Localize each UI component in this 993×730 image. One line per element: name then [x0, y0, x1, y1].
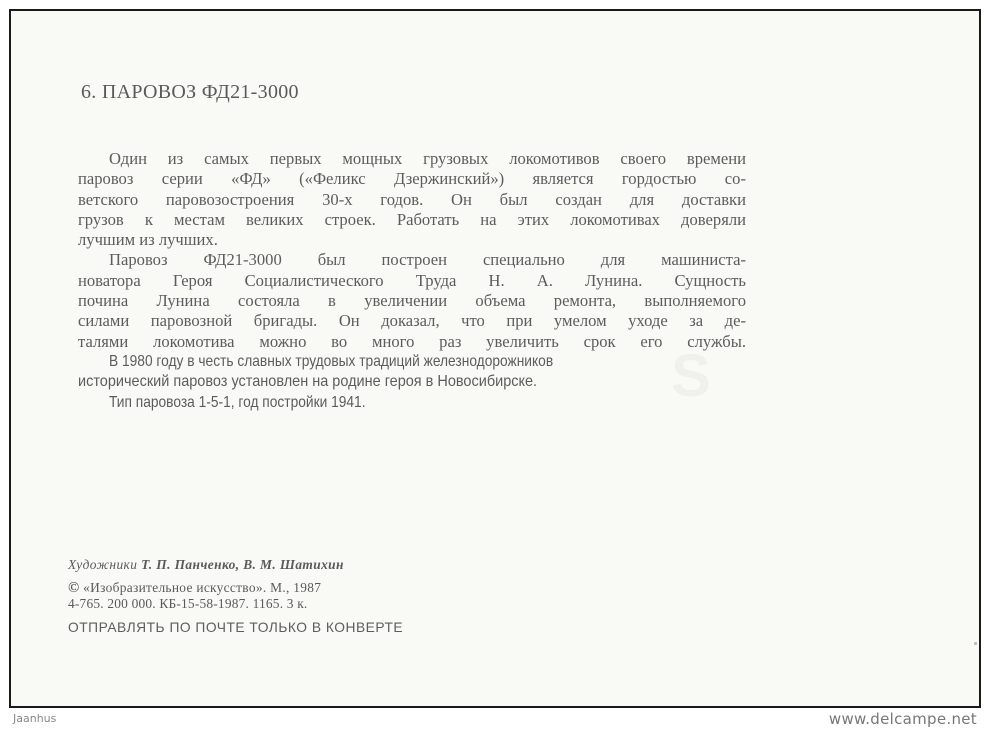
text-line: Один из самых первых мощных грузовых лок…	[78, 149, 746, 169]
publisher: «Изобразительное искусство». М., 1987	[83, 580, 321, 595]
text-line: лучшим из лучших.	[78, 230, 746, 250]
text-line: новатора Героя Социалистического Труда Н…	[78, 271, 746, 291]
description-text: Один из самых первых мощных грузовых лок…	[78, 149, 746, 413]
text-line: исторический паровоз установлен на родин…	[78, 372, 746, 392]
artists-credit: Художники Т. П. Панченко, В. М. Шатихин	[68, 557, 403, 573]
text-line: силами паровозной бригады. Он доказал, ч…	[78, 311, 746, 331]
artists-label: Художники	[68, 557, 137, 572]
print-info: 4-765. 200 000. КБ-15-58-1987. 1165. 3 к…	[68, 596, 403, 611]
artists-names: Т. П. Панченко, В. М. Шатихин	[141, 557, 344, 572]
paragraph-4: Тип паровоза 1-5-1, год постройки 1941.	[78, 393, 746, 413]
paragraph-1: Один из самых первых мощных грузовых лок…	[78, 149, 746, 250]
postcard-title: 6. ПАРОВОЗ ФД21-3000	[81, 81, 299, 104]
text-line: Тип паровоза 1-5-1, год постройки 1941.	[78, 393, 746, 413]
text-line-condensed: исторический паровоз установлен на родин…	[78, 372, 683, 392]
mail-note: ОТПРАВЛЯТЬ ПО ПОЧТЕ ТОЛЬКО В КОНВЕРТЕ	[68, 620, 403, 635]
text-line-condensed: В 1980 году в честь славных трудовых тра…	[109, 352, 657, 372]
paragraph-2: Паровоз ФД21-3000 был построен специальн…	[78, 250, 746, 351]
text-line: грузов к местам великих строек. Работать…	[78, 210, 746, 230]
text-line: талями локомотива можно во много раз уве…	[78, 332, 746, 352]
uploader-credit: Jaanhus	[13, 712, 56, 725]
paper-speck	[974, 642, 977, 645]
paragraph-3: В 1980 году в честь славных трудовых тра…	[78, 352, 746, 393]
postcard-footer: Художники Т. П. Панченко, В. М. Шатихин …	[68, 557, 403, 635]
text-line: ветского паровозостроения 30-х годов. Он…	[78, 190, 746, 210]
copyright-icon: ©	[68, 580, 80, 596]
text-line: Паровоз ФД21-3000 был построен специальн…	[78, 250, 746, 270]
text-line: паровоз серии «ФД» («Феликс Дзержинский»…	[78, 169, 746, 189]
publisher-line: © «Изобразительное искусство». М., 1987	[68, 580, 403, 596]
site-credit[interactable]: www.delcampe.net	[829, 710, 977, 728]
text-line: почина Лунина состояла в увеличении объе…	[78, 291, 746, 311]
text-line-condensed: Тип паровоза 1-5-1, год постройки 1941.	[109, 393, 657, 413]
text-line: В 1980 году в честь славных трудовых тра…	[78, 352, 746, 372]
